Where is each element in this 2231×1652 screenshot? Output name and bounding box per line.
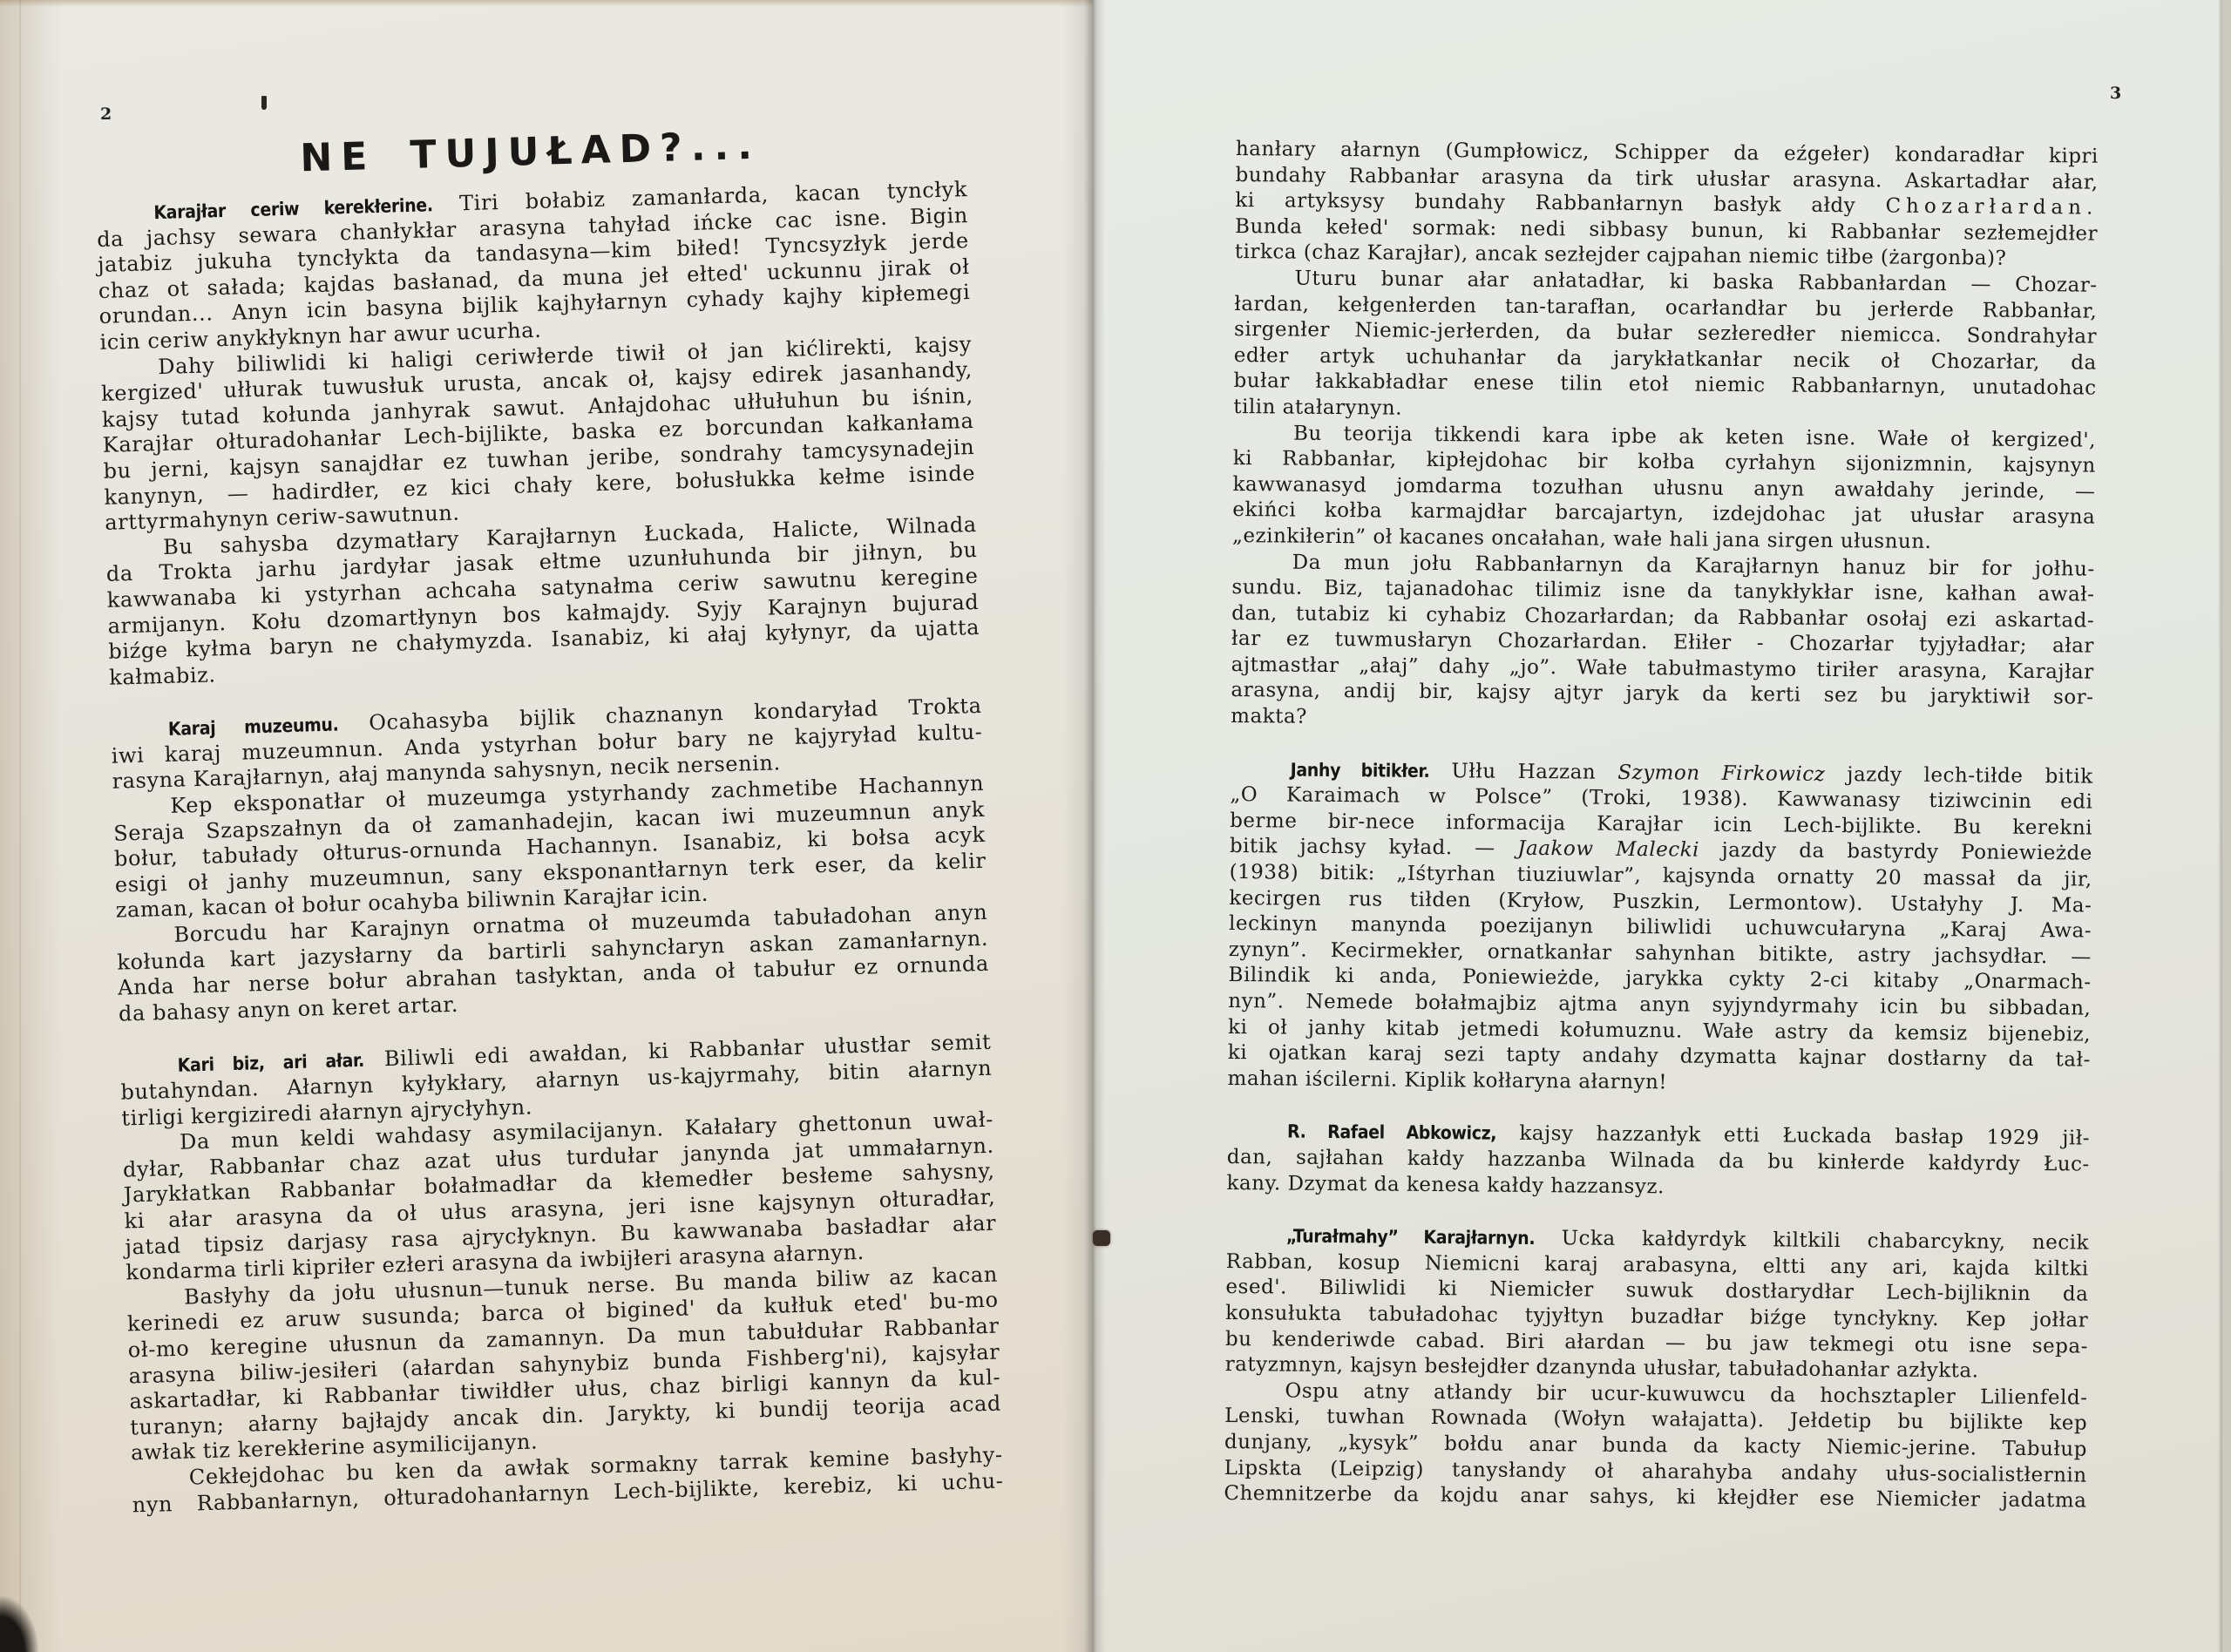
section-heading: Karaj muzeumu. [168, 714, 339, 740]
page-corner-shadow [0, 1596, 38, 1652]
text-run: bitik jachsy kyład. — [1230, 835, 1495, 860]
left-text-column: NE TUJUŁAD?... Karajłar ceriw kerekłerin… [96, 177, 1004, 1518]
article-title: NE TUJUŁAD?... [94, 118, 966, 186]
text-run: Ucka kałdyrdyk kiltkili chabarcykny, nec… [1562, 1227, 2089, 1254]
text-run: Ułłu Hazzan [1451, 760, 1596, 783]
author-name: Szymon Firkowicz [1617, 762, 1825, 786]
left-page: 2 NE TUJUŁAD?... Karajłar ceriw kerekłer… [0, 0, 1093, 1652]
section-heading: R. Rafael Abkowicz, [1287, 1121, 1496, 1144]
section-heading: Janhy bitikłer. [1291, 759, 1430, 781]
scanned-magazine-spread: 2 NE TUJUŁAD?... Karajłar ceriw kerekłer… [0, 0, 2231, 1652]
binding-staple [1093, 1230, 1110, 1246]
page-number: 3 [2110, 85, 2121, 102]
page-fold-line [19, 0, 21, 1652]
text-run: kajsy hazzanłyk etti Łuckada basłap 1929… [1519, 1122, 2090, 1150]
section-rafael-abkowicz: R. Rafael Abkowicz, kajsy hazzanłyk etti… [1226, 1119, 2090, 1203]
text-run: ki artyksysy bundahy Rabbanłarnyn basłyk… [1235, 189, 1855, 217]
author-name: Jaakow Malecki [1517, 837, 1699, 862]
section-kari-biz-ari-alar: Kari biz, ari ałar. Biliwli edi awałdan,… [119, 1030, 1003, 1518]
page-number: 2 [100, 106, 112, 123]
section-heading: Kari biz, ari ałar. [177, 1050, 364, 1076]
right-text-column: hanłary ałarnyn (Gumpłowicz, Schipper da… [1224, 137, 2099, 1514]
text-run: jazdy lech-tiłde bitik [1847, 763, 2092, 788]
section-karajlar-ceriw: Karajłar ceriw kerekłerine. Tiri bołabiz… [96, 177, 980, 691]
section-continuation: hanłary ałarnyn (Gumpłowicz, Schipper da… [1231, 137, 2099, 737]
section-karaj-muzeumu: Karaj muzeumu. Ocahasyba bijlik chaznany… [111, 694, 991, 1027]
section-turalmahy-karajlarnyn: „Turałmahy” Karajłarnyn. Ucka kałdyrdyk … [1224, 1223, 2089, 1514]
ink-mark [261, 96, 267, 110]
section-heading: „Turałmahy” Karajłarnyn. [1286, 1226, 1535, 1249]
text-run: jazdy da bastyrdy Poniewieżde [1721, 839, 2092, 865]
section-janhy-bitikler: Janhy bitikłer. Ułłu Hazzan Szymon Firko… [1227, 757, 2092, 1100]
spaced-emphasis: Chozarłardan. [1885, 195, 2098, 220]
